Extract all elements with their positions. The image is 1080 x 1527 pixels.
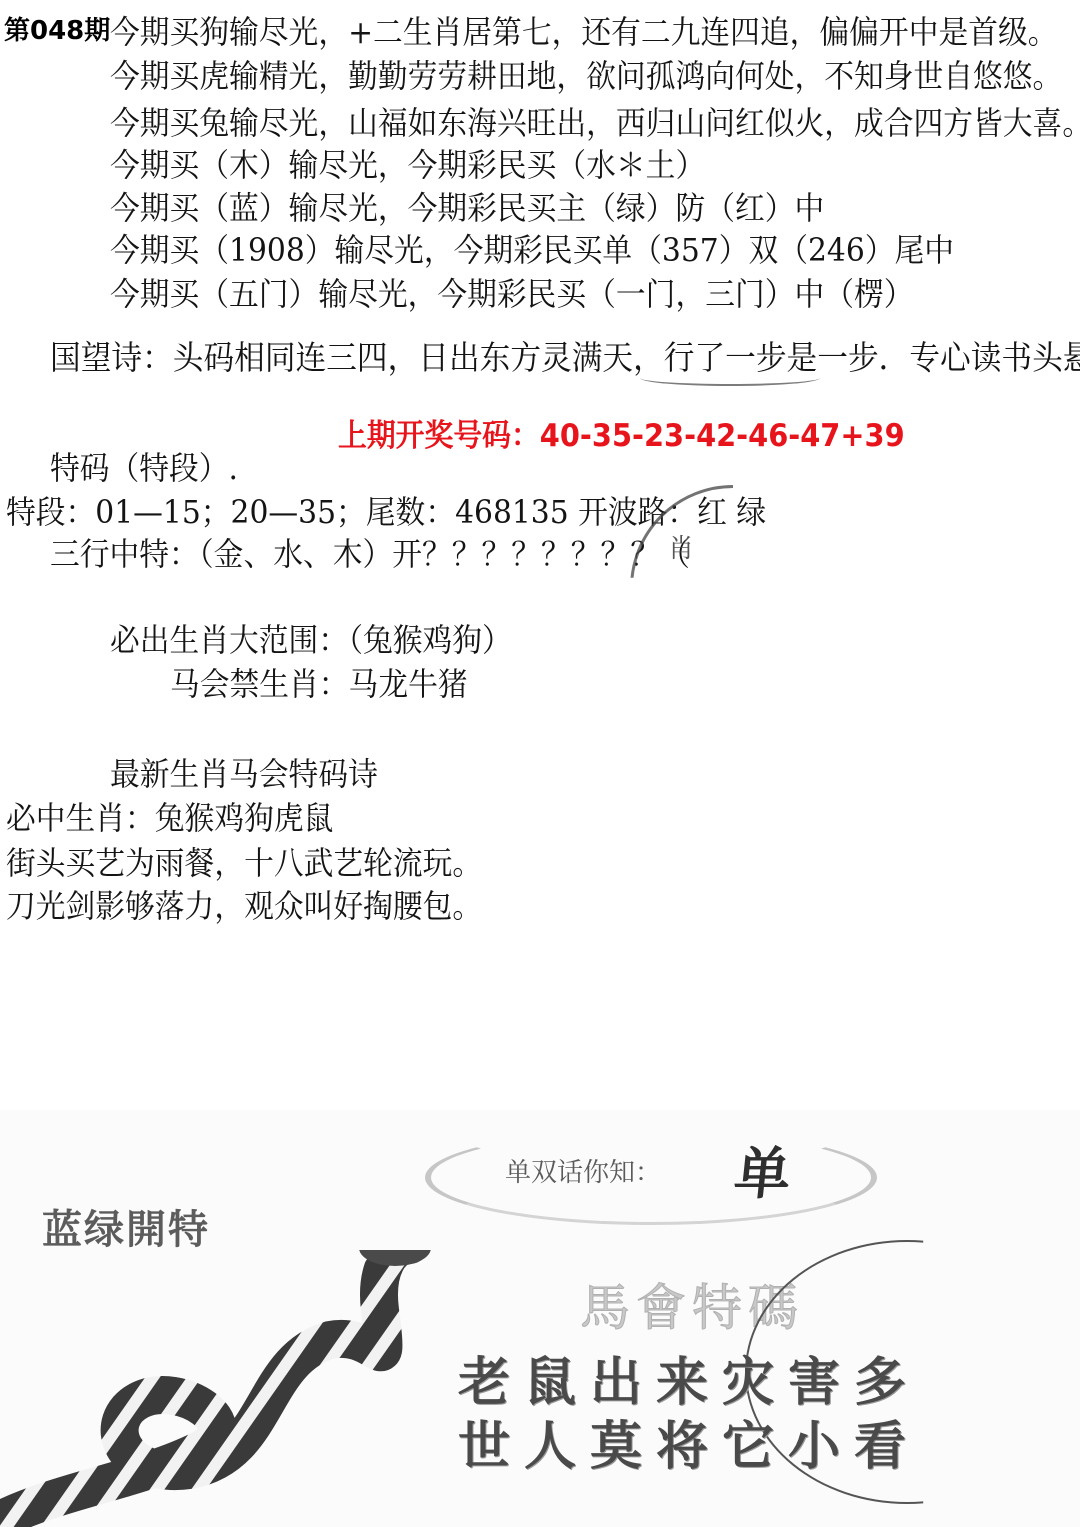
slogan-line: 世人莫将它小看 <box>458 1404 920 1479</box>
snake-promo-graphic: 单双话你知： 单 蓝绿開特 馬會特碼 老鼠出来灾害多 世人莫将它小看 <box>0 1110 1080 1527</box>
handwritten-underline-mark <box>640 370 820 386</box>
poem-line: 刀光剑影够落力，观众叫好掏腰包。 <box>6 886 482 926</box>
prediction-line: 今期买（1908）输尽光，今期彩民买单（357）双（246）尾中 <box>110 230 954 270</box>
must-zodiac-range: 必出生肖大范围：（兔猴鸡狗） <box>110 620 512 660</box>
banned-zodiac: 马会禁生肖：马龙牛猪 <box>170 664 468 704</box>
stamp-glyph: 肖 <box>668 528 694 565</box>
special-heading: 特码（特段）. <box>50 448 238 488</box>
snake-icon <box>0 1250 460 1527</box>
poem-line: 街头买艺为雨餐，十八武艺轮流玩。 <box>6 843 482 883</box>
odd-even-answer: 单 <box>731 1130 795 1210</box>
latest-poem-title: 最新生肖马会特码诗 <box>110 754 378 794</box>
prediction-line: 今期买（木）输尽光，今期彩民买（水＊土） <box>110 145 705 185</box>
issue-number: 第048期 <box>4 10 110 47</box>
last-draw-numbers: 40-35-23-42-46-47+39 <box>540 418 905 454</box>
prediction-line: 今期买虎输精光，勤勤劳劳耕田地，欲问孤鸿向何处，不知身世自悠悠。 <box>110 56 1062 96</box>
prediction-line: 今期买（蓝）输尽光，今期彩民买主（绿）防（红）中 <box>110 188 824 228</box>
must-hit-zodiac: 必中生肖：兔猴鸡狗虎鼠 <box>6 798 333 838</box>
odd-even-label: 单双话你知： <box>505 1152 661 1189</box>
last-draw-label: 上期开奖号码： <box>338 418 540 454</box>
prediction-line: 今期买兔输尽光，山福如东海兴旺出，西归山问红似火，成合四方皆大喜。 <box>110 103 1080 143</box>
guowang-poem: 国望诗：头码相同连三四，日出东方灵满天，行了一步是一步．专心读书头悬梁。 <box>50 338 1080 378</box>
prediction-line: 今期买（五门）输尽光，今期彩民买（一门，三门）中（楞） <box>110 274 914 314</box>
blue-green-title: 蓝绿開特 <box>42 1198 210 1255</box>
three-elements: 三行中特：（金、水、木）开？？？？？？？？（ <box>50 534 690 574</box>
last-draw-result: 上期开奖号码：40-35-23-42-46-47+39 <box>338 410 905 455</box>
prediction-line: 今期买狗输尽光，+二生肖居第七，还有二九连四追，偏偏开中是首级。 <box>110 12 1058 52</box>
